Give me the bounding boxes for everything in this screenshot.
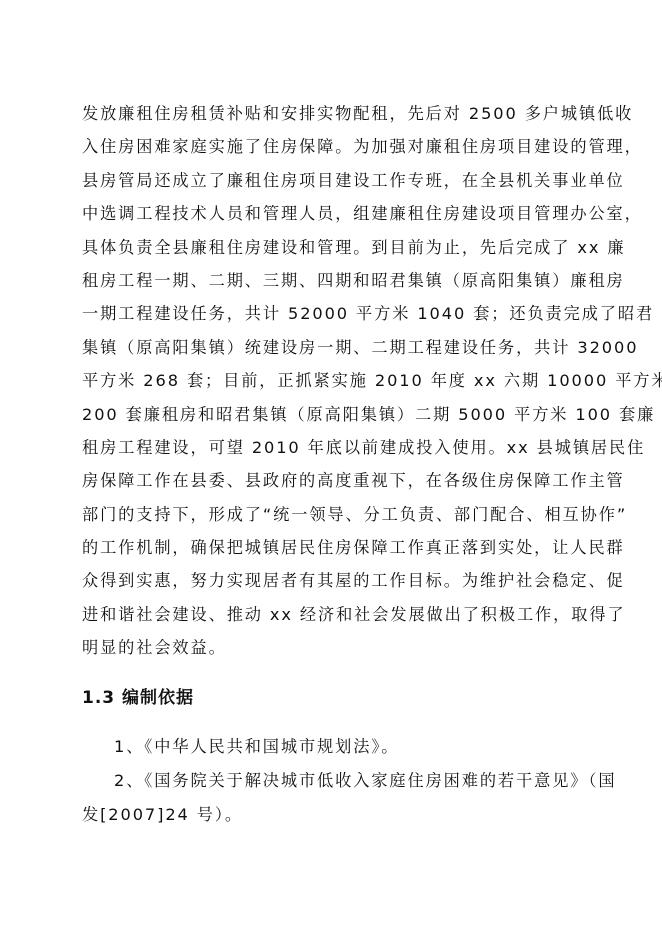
reference-item-continuation: 发[2007]24 号）。 [82, 798, 592, 832]
paragraph-line: 县房管局还成立了廉租住房项目建设工作专班，在全县机关事业单位 [82, 164, 592, 197]
reference-list: 1、《中华人民共和国城市规划法》。 2、《国务院关于解决城市低收入家庭住房困难的… [82, 730, 592, 832]
section-heading: 1.3 编制依据 [82, 683, 194, 713]
paragraph-line: 众得到实惠，努力实现居者有其屋的工作目标。为维护社会稳定、促 [82, 564, 592, 597]
paragraph-line: 租房工程一期、二期、三期、四期和昭君集镇（原高阳集镇）廉租房 [82, 264, 592, 297]
paragraph-line: 租房工程建设，可望 2010 年底以前建成投入使用。xx 县城镇居民住 [82, 431, 592, 464]
paragraph-line: 平方米 268 套；目前，正抓紧实施 2010 年度 xx 六期 10000 平… [82, 364, 592, 397]
paragraph-line: 中选调工程技术人员和管理人员，组建廉租住房建设项目管理办公室， [82, 197, 592, 230]
paragraph-line: 具体负责全县廉租住房建设和管理。到目前为止，先后完成了 xx 廉 [82, 231, 592, 264]
paragraph-line: 200 套廉租房和昭君集镇（原高阳集镇）二期 5000 平方米 100 套廉 [82, 398, 592, 431]
body-paragraph: 发放廉租住房租赁补贴和安排实物配租，先后对 2500 多户城镇低收 入住房困难家… [82, 97, 592, 665]
reference-item: 2、《国务院关于解决城市低收入家庭住房困难的若干意见》（国 [82, 764, 592, 798]
paragraph-line: 部门的支持下，形成了“统一领导、分工负责、部门配合、相互协作” [82, 498, 592, 531]
paragraph-line: 集镇（原高阳集镇）统建设房一期、二期工程建设任务，共计 32000 [82, 331, 592, 364]
paragraph-line: 进和谐社会建设、推动 xx 经济和社会发展做出了积极工作，取得了 [82, 598, 592, 631]
reference-item: 1、《中华人民共和国城市规划法》。 [82, 730, 592, 764]
paragraph-line: 的工作机制，确保把城镇居民住房保障工作真正落到实处，让人民群 [82, 531, 592, 564]
paragraph-line: 发放廉租住房租赁补贴和安排实物配租，先后对 2500 多户城镇低收 [82, 97, 592, 130]
paragraph-line: 一期工程建设任务，共计 52000 平方米 1040 套；还负责完成了昭君 [82, 297, 592, 330]
document-page: 发放廉租住房租赁补贴和安排实物配租，先后对 2500 多户城镇低收 入住房困难家… [0, 0, 662, 936]
paragraph-line: 明显的社会效益。 [82, 631, 592, 664]
paragraph-line: 入住房困难家庭实施了住房保障。为加强对廉租住房项目建设的管理， [82, 130, 592, 163]
paragraph-line: 房保障工作在县委、县政府的高度重视下，在各级住房保障工作主管 [82, 464, 592, 497]
